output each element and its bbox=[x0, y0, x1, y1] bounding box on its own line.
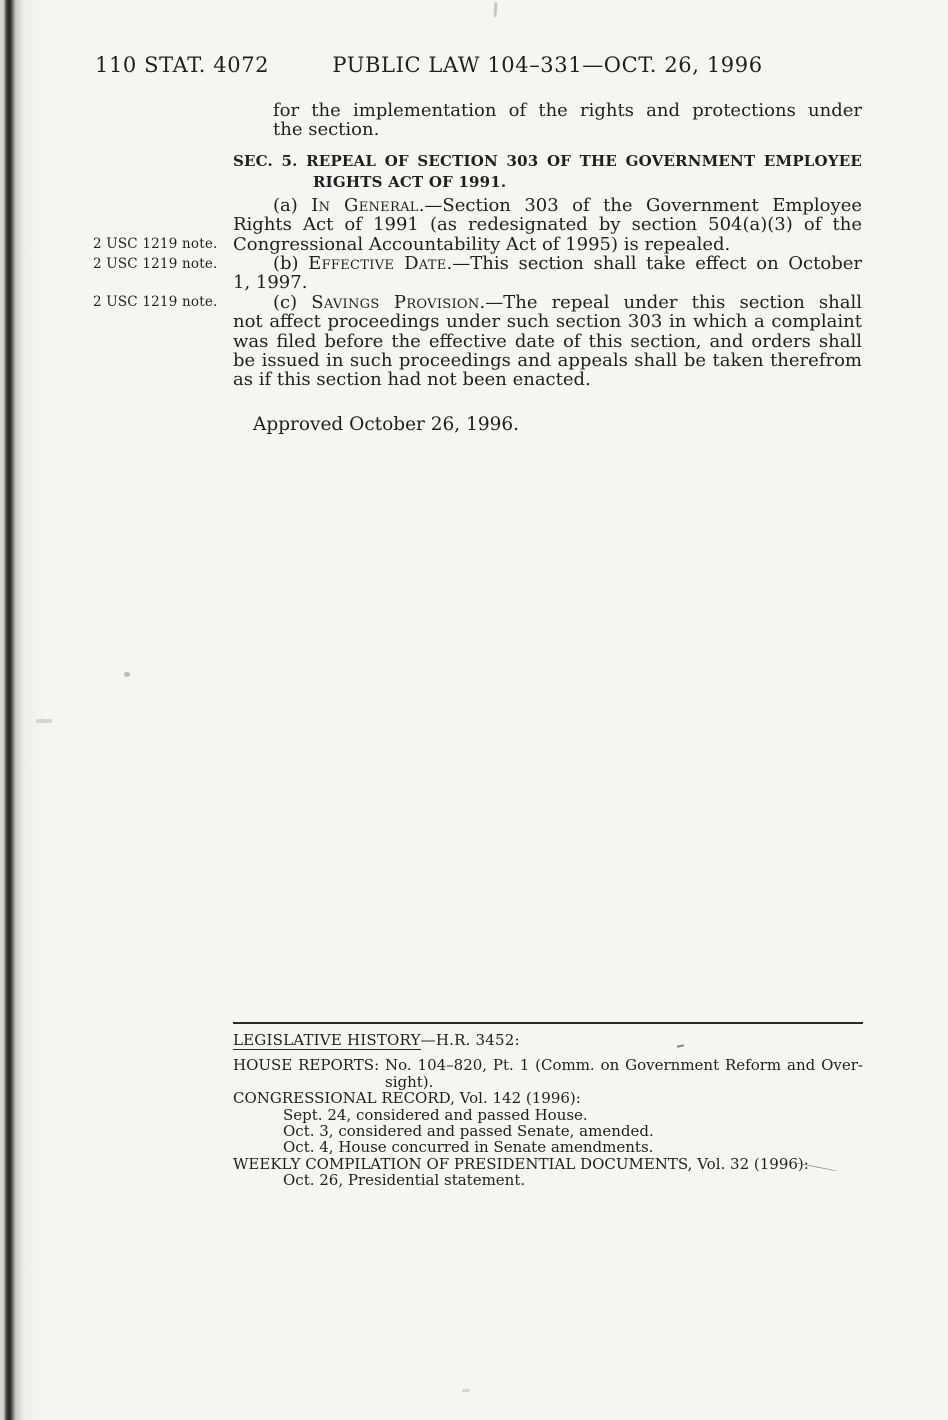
scan-speck-3 bbox=[462, 1389, 470, 1392]
paragraph-c-line-5: as if this section had not been enacted. bbox=[233, 370, 862, 389]
legislative-history-title: LEGISLATIVE HISTORY—H.R. 3452: bbox=[233, 1032, 863, 1048]
section-5-heading-line-1: SEC. 5. REPEAL OF SECTION 303 OF THE GOV… bbox=[233, 151, 862, 172]
margin-note-usc-1219-a: 2 USC 1219 note. bbox=[93, 236, 218, 252]
legislative-history: LEGISLATIVE HISTORY—H.R. 3452: HOUSE REP… bbox=[233, 1022, 863, 1189]
legislative-history-bill-number: —H.R. 3452: bbox=[421, 1031, 520, 1049]
house-reports-line-1: HOUSE REPORTS: No. 104–820, Pt. 1 (Comm.… bbox=[233, 1057, 863, 1073]
paragraph-c-line-1: (c) Savings Provision.—The repeal under … bbox=[233, 293, 862, 312]
house-reports-line-2: sight). bbox=[233, 1074, 863, 1090]
margin-note-usc-1219-b: 2 USC 1219 note. bbox=[93, 256, 218, 272]
record-item-2: Oct. 3, considered and passed Senate, am… bbox=[233, 1123, 863, 1139]
intro-continuation: for the implementation of the rights and… bbox=[273, 101, 862, 140]
approval-line: Approved October 26, 1996. bbox=[233, 415, 862, 434]
legislative-history-title-underlined: LEGISLATIVE HISTORY bbox=[233, 1031, 421, 1050]
paragraph-b-text-start: .—This section shall take effect on Octo… bbox=[447, 253, 862, 274]
scan-gutter-shadow bbox=[0, 0, 44, 1420]
paragraph-c-line-4: be issued in such proceedings and appeal… bbox=[233, 351, 862, 370]
paragraph-a-line-1: (a) In General.—Section 303 of the Gover… bbox=[233, 196, 862, 215]
paragraph-b-label: (b) bbox=[273, 253, 308, 274]
paragraph-a-line-2: Rights Act of 1991 (as redesignated by s… bbox=[233, 215, 862, 234]
paragraph-b-term: Effective Date bbox=[308, 253, 446, 274]
section-5-heading-line-2: RIGHTS ACT OF 1991. bbox=[233, 172, 862, 193]
paragraph-c: (c) Savings Provision.—The repeal under … bbox=[233, 293, 862, 390]
main-text-column: for the implementation of the rights and… bbox=[233, 101, 862, 434]
paragraph-a-label: (a) bbox=[273, 195, 311, 216]
congressional-record-heading: CONGRESSIONAL RECORD, Vol. 142 (1996): bbox=[233, 1090, 863, 1106]
paragraph-b-line-2: 1, 1997. bbox=[233, 273, 862, 292]
legislative-history-divider bbox=[233, 1022, 863, 1024]
section-5-heading: SEC. 5. REPEAL OF SECTION 303 OF THE GOV… bbox=[233, 151, 862, 193]
paragraph-c-line-2: not affect proceedings under such sectio… bbox=[233, 312, 862, 331]
paragraph-a-term: In General bbox=[311, 195, 418, 216]
record-item-1: Sept. 24, considered and passed House. bbox=[233, 1107, 863, 1123]
paragraph-a: (a) In General.—Section 303 of the Gover… bbox=[233, 196, 862, 254]
paragraph-b-line-1: (b) Effective Date.—This section shall t… bbox=[233, 254, 862, 273]
paragraph-c-label: (c) bbox=[273, 292, 311, 313]
weekly-compilation-heading: WEEKLY COMPILATION OF PRESIDENTIAL DOCUM… bbox=[233, 1156, 863, 1172]
weekly-compilation-item: Oct. 26, Presidential statement. bbox=[233, 1172, 863, 1188]
paragraph-a-text-start: .—Section 303 of the Government Employee bbox=[419, 195, 862, 216]
paragraph-a-line-3: Congressional Accountability Act of 1995… bbox=[233, 235, 862, 254]
paragraph-c-term: Savings Provision bbox=[311, 292, 479, 313]
paragraph-c-text-start: .—The repeal under this section shall bbox=[480, 292, 862, 313]
document-page: 110 STAT. 4072 PUBLIC LAW 104–331—OCT. 2… bbox=[0, 0, 948, 1420]
intro-line-1: for the implementation of the rights and… bbox=[273, 101, 862, 120]
running-head: PUBLIC LAW 104–331—OCT. 26, 1996 bbox=[233, 53, 862, 77]
record-item-3: Oct. 4, House concurred in Senate amendm… bbox=[233, 1139, 863, 1155]
paragraph-c-line-3: was filed before the effective date of t… bbox=[233, 332, 862, 351]
intro-line-2: the section. bbox=[273, 120, 862, 139]
scan-speck-1 bbox=[124, 672, 130, 677]
scan-artifact-top-tick bbox=[493, 2, 497, 17]
paragraph-b: (b) Effective Date.—This section shall t… bbox=[233, 254, 862, 293]
margin-note-usc-1219-c: 2 USC 1219 note. bbox=[93, 294, 218, 310]
